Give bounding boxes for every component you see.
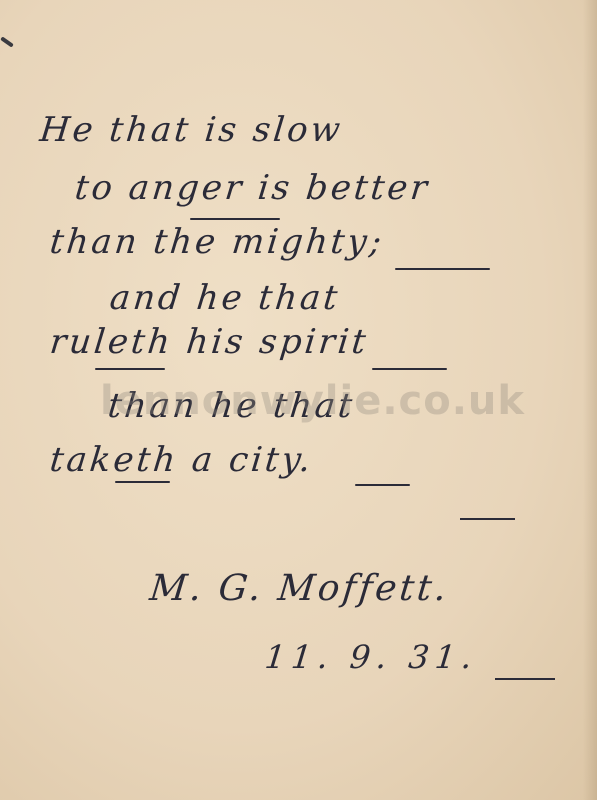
signature: M. G. Moffett. (148, 568, 451, 609)
underline-ruleth (95, 368, 165, 370)
inscription-line-3: than the mighty; (48, 222, 386, 262)
inscription-line-1: He that is slow (38, 110, 345, 150)
inscription-line-2: to anger is better (73, 168, 432, 208)
inscription-line-5: ruleth his spirit (48, 322, 371, 362)
document-page: He that is slow to anger is better than … (0, 0, 597, 800)
inscription-line-7: taketh a city. (48, 440, 315, 480)
underline-mighty (395, 268, 490, 270)
date: 11. 9. 31. (263, 638, 480, 676)
corner-pen-mark (0, 36, 14, 47)
page-edge-shadow (583, 0, 597, 800)
underline-taketh (115, 481, 170, 483)
underline-spirit (372, 368, 447, 370)
flourish-dash (460, 518, 515, 520)
underline-city (355, 484, 410, 486)
underline-anger (190, 218, 280, 220)
watermark: lennonwylie.co.uk (100, 378, 525, 424)
inscription-line-4: and he that (108, 278, 342, 318)
date-dash (495, 678, 555, 680)
